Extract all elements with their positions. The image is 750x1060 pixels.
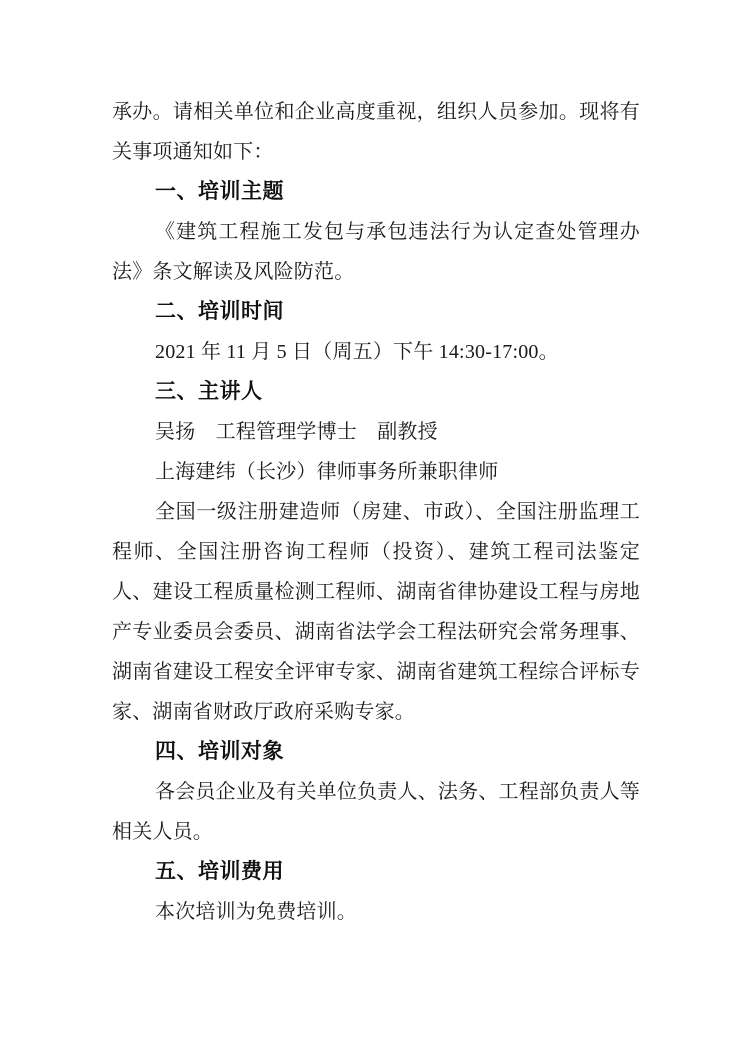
section-heading-training-time: 二、培训时间 (112, 292, 640, 332)
section-heading-training-fee: 五、培训费用 (112, 852, 640, 892)
speaker-firm-paragraph: 上海建纬（长沙）律师事务所兼职律师 (112, 452, 640, 492)
training-topic-paragraph: 《建筑工程施工发包与承包违法行为认定查处管理办法》条文解读及风险防范。 (112, 212, 640, 292)
training-audience-paragraph: 各会员企业及有关单位负责人、法务、工程部负责人等相关人员。 (112, 772, 640, 852)
section-heading-training-audience: 四、培训对象 (112, 732, 640, 772)
intro-paragraph: 承办。请相关单位和企业高度重视，组织人员参加。现将有关事项通知如下： (112, 92, 640, 172)
speaker-name-title-paragraph: 吴扬 工程管理学博士 副教授 (112, 412, 640, 452)
speaker-credentials-paragraph: 全国一级注册建造师（房建、市政）、全国注册监理工程师、全国注册咨询工程师（投资）… (112, 492, 640, 732)
document-body: 承办。请相关单位和企业高度重视，组织人员参加。现将有关事项通知如下： 一、培训主… (112, 92, 640, 932)
document-page: 承办。请相关单位和企业高度重视，组织人员参加。现将有关事项通知如下： 一、培训主… (0, 0, 750, 1060)
section-heading-training-topic: 一、培训主题 (112, 172, 640, 212)
training-time-paragraph: 2021 年 11 月 5 日（周五）下午 14:30-17:00。 (112, 332, 640, 372)
training-fee-paragraph: 本次培训为免费培训。 (112, 892, 640, 932)
section-heading-speaker: 三、主讲人 (112, 372, 640, 412)
